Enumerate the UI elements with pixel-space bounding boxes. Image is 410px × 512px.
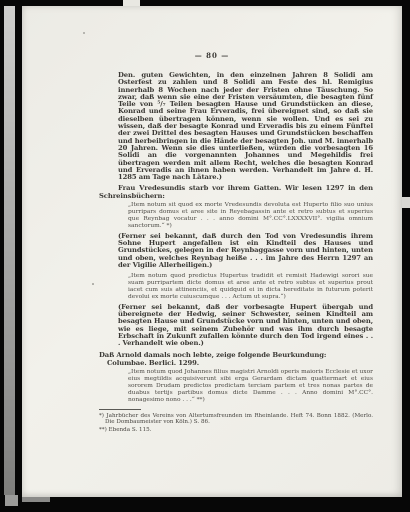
scan-artifact-bottom-left-smudge bbox=[5, 495, 18, 506]
paragraph-arnold-lead-in: Daß Arnold damals noch lebte, zeige folg… bbox=[99, 352, 373, 359]
scan-artifact-bottom-smudge bbox=[22, 497, 50, 502]
paper-speckle bbox=[92, 283, 94, 285]
page-number: — 80 — bbox=[62, 52, 362, 60]
latin-quote-hupertus: „Item notum quod predictus Hupertus trad… bbox=[128, 273, 373, 301]
latin-quote-schreinsbuch-1297: „Item notum sit quod ex morte Vredesundi… bbox=[128, 202, 373, 230]
scanned-book-photo: — 80 — Den. guten Gewichten, in den einz… bbox=[0, 0, 410, 512]
latin-quote-columbae-1299: „Item notum quod Johannes filius magistr… bbox=[128, 369, 373, 404]
footnote-separator-rule bbox=[99, 409, 141, 410]
paragraph-translation-1: (Ferner sei bekannt, daß durch den Tod v… bbox=[118, 233, 373, 269]
paragraph-translation-2: (Ferner sei bekannt, daß der vorbesagte … bbox=[118, 304, 373, 348]
shrine-entry-heading: Columbae. Berlici. 1299. bbox=[107, 360, 373, 367]
page-content: Den. guten Gewichten, in den einzelnen J… bbox=[99, 72, 373, 434]
paragraph-intro-vredesundis: Frau Vredesundis starb vor ihrem Gatten.… bbox=[99, 185, 373, 200]
scan-artifact-right-mark bbox=[401, 197, 410, 208]
adjacent-page-edge bbox=[4, 6, 15, 495]
book-page: — 80 — Den. guten Gewichten, in den einz… bbox=[22, 6, 402, 497]
footnote-2: **) Ebenda S. 115. bbox=[99, 427, 373, 433]
footnote-1: *) Jahrbücher des Vereins von Altertumsf… bbox=[99, 413, 373, 426]
paper-speckle bbox=[83, 32, 85, 34]
paragraph-translation-continued: Den. guten Gewichten, in den einzelnen J… bbox=[118, 72, 373, 181]
